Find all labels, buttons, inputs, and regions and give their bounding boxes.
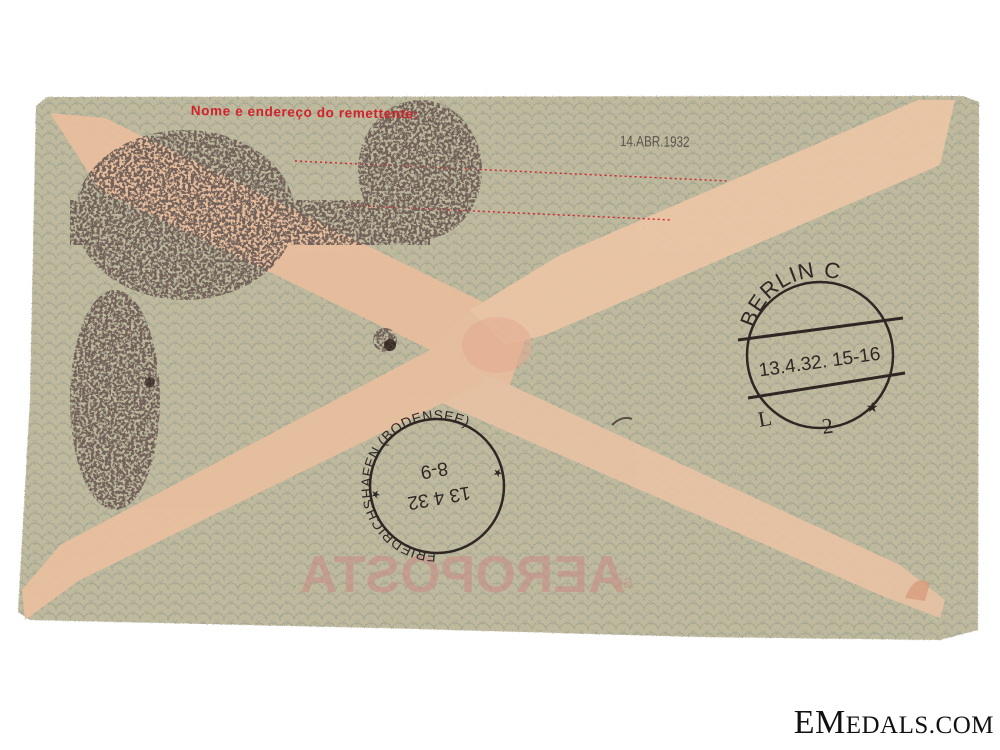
ghost-aeroposta: AEROPOSTA xyxy=(300,546,626,604)
site-watermark: EMEDALS.COM xyxy=(794,704,994,742)
berlin-star: ★ xyxy=(866,399,879,415)
watermark-m: M xyxy=(815,704,846,741)
ghost-via: via xyxy=(610,572,634,592)
watermark-com: .COM xyxy=(929,712,994,739)
watermark-e: E xyxy=(794,704,815,741)
watermark-edals: EDALS xyxy=(846,712,929,739)
envelope-scene: AEROPOSTA via BERLIN C 13.4.32. 15-16 L … xyxy=(0,0,1000,750)
ghost-print: AEROPOSTA via xyxy=(300,546,634,604)
received-date-stamp: 14.ABR.1932 xyxy=(620,133,690,151)
